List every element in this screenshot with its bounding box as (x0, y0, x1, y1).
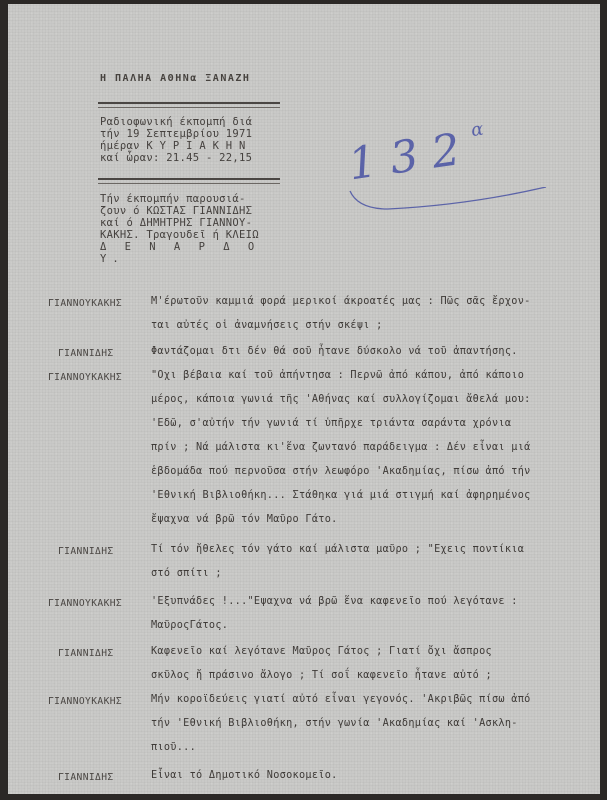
speaker-name: ΓΙΑΝΝΙΔΗΣ (58, 772, 114, 783)
header-rule-top (98, 102, 280, 108)
credits-line: Δ Ε Ν Α Ρ Δ Ο Υ. (100, 241, 282, 265)
handwritten-superscript: α (470, 119, 485, 141)
credits-line: ΚΑΚΗΣ. Τραγουδεῖ ή ΚΛΕΙΩ (100, 229, 282, 241)
dialogue-line: Τί τόν ἤθελες τόν γάτο καί μάλιστα μαῦρο… (151, 544, 524, 555)
header-rule-bottom (98, 178, 280, 184)
dialogue-line: μέρος, κάποια γωνιά τῆς 'Αθήνας καί συλλ… (151, 394, 531, 405)
broadcast-line: Ραδιοφωνική έκπομπή διά (100, 116, 282, 128)
dialogue-line: 'Εθνική Βιβλιοθήκη... Στάθηκα γιά μιά στ… (151, 490, 531, 501)
dialogue-line: 'Εδῶ, σ'αὐτήν τήν γωνιά τί ὑπῆρχε τριάντ… (151, 418, 511, 429)
broadcast-line: καί ὧραν: 21.45 - 22,15 (100, 152, 282, 164)
dialogue-line: Μ'έρωτοῦν καμμιά φορά μερικοί άκροατές μ… (151, 296, 531, 307)
speaker-name: ΓΙΑΝΝΟΥΚΑΚΗΣ (48, 696, 122, 707)
dialogue-line: "Οχι βέβαια καί τοῦ ἀπήντησα : Περνῶ ἀπό… (151, 370, 524, 381)
speaker-name: ΓΙΑΝΝΙΔΗΣ (58, 648, 114, 659)
broadcast-line: τήν 19 Σεπτεμβρίου 1971 (100, 128, 282, 140)
dialogue-line: πιοῦ... (151, 742, 196, 753)
speaker-name: ΓΙΑΝΝΙΔΗΣ (58, 546, 114, 557)
credits-line: ζουν ό ΚΩΣΤΑΣ ΓΙΑΝΝΙΔΗΣ (100, 205, 282, 217)
handwritten-page-number: 132α (345, 119, 489, 191)
dialogue-line: ΜαῦροςΓάτος. (151, 620, 228, 631)
broadcast-info: Ραδιοφωνική έκπομπή διά τήν 19 Σεπτεμβρί… (100, 116, 282, 164)
dialogue-line: 'Εξυπνάδες !..."Εψαχνα νά βρῶ ἕνα καφενε… (151, 596, 518, 607)
speaker-name: ΓΙΑΝΝΟΥΚΑΚΗΣ (48, 298, 122, 309)
dialogue-line: Εἶναι τό Δημοτικό Νοσοκομεῖο. (151, 770, 338, 781)
dialogue-line: Φαντάζομαι δτι δέν θά σοῦ ἦτανε δύσκολο … (151, 346, 518, 357)
speaker-name: ΓΙΑΝΝΟΥΚΑΚΗΣ (48, 372, 122, 383)
credits-line: Τήν έκπομπήν παρουσιά- (100, 193, 282, 205)
dialogue-line: Καφενεῖο καί λεγότανε Μαῦρος Γάτος ; Για… (151, 646, 492, 657)
dialogue-line: Μήν κοροϊδεύεις γιατί αὐτό εἶναι γεγονός… (151, 694, 531, 705)
dialogue-line: ἑβδομάδα πού περνοῦσα στήν λεωφόρο 'Ακαδ… (151, 466, 531, 477)
dialogue-line: ται αὐτές οἱ ἀναμνήσεις στήν σκέψι ; (151, 320, 383, 331)
dialogue-line: σκῦλος ἤ πράσινο ἄλογο ; Τί σοΐ καφενεῖο… (151, 670, 492, 681)
handwritten-underline-stroke (348, 187, 548, 217)
broadcast-line: ήμέραν Κ Υ Ρ Ι Α Κ Η Ν (100, 140, 282, 152)
program-title: Η ΠΑΛΗΑ ΑΘΗΝα ΞΑΝΑΖΗ (100, 73, 282, 84)
typewritten-page: Η ΠΑΛΗΑ ΑΘΗΝα ΞΑΝΑΖΗ Ραδιοφωνική έκπομπή… (8, 4, 600, 794)
dialogue-line: τήν 'Εθνική Βιβλιοθήκη, στήν γωνία 'Ακαδ… (151, 718, 518, 729)
credits-line: καί ό ΔΗΜΗΤΡΗΣ ΓΙΑΝΝΟΥ- (100, 217, 282, 229)
credits: Τήν έκπομπήν παρουσιά- ζουν ό ΚΩΣΤΑΣ ΓΙΑ… (100, 193, 282, 265)
dialogue-line: στό σπίτι ; (151, 568, 222, 579)
handwritten-number: 132 (345, 122, 477, 190)
dialogue-line: πρίν ; Νά μάλιστα κι'ἕνα ζωντανό παράδει… (151, 442, 531, 453)
speaker-name: ΓΙΑΝΝΟΥΚΑΚΗΣ (48, 598, 122, 609)
speaker-name: ΓΙΑΝΝΙΔΗΣ (58, 348, 114, 359)
dialogue-line: ἔψαχνα νά βρῶ τόν Μαῦρο Γάτο. (151, 514, 338, 525)
